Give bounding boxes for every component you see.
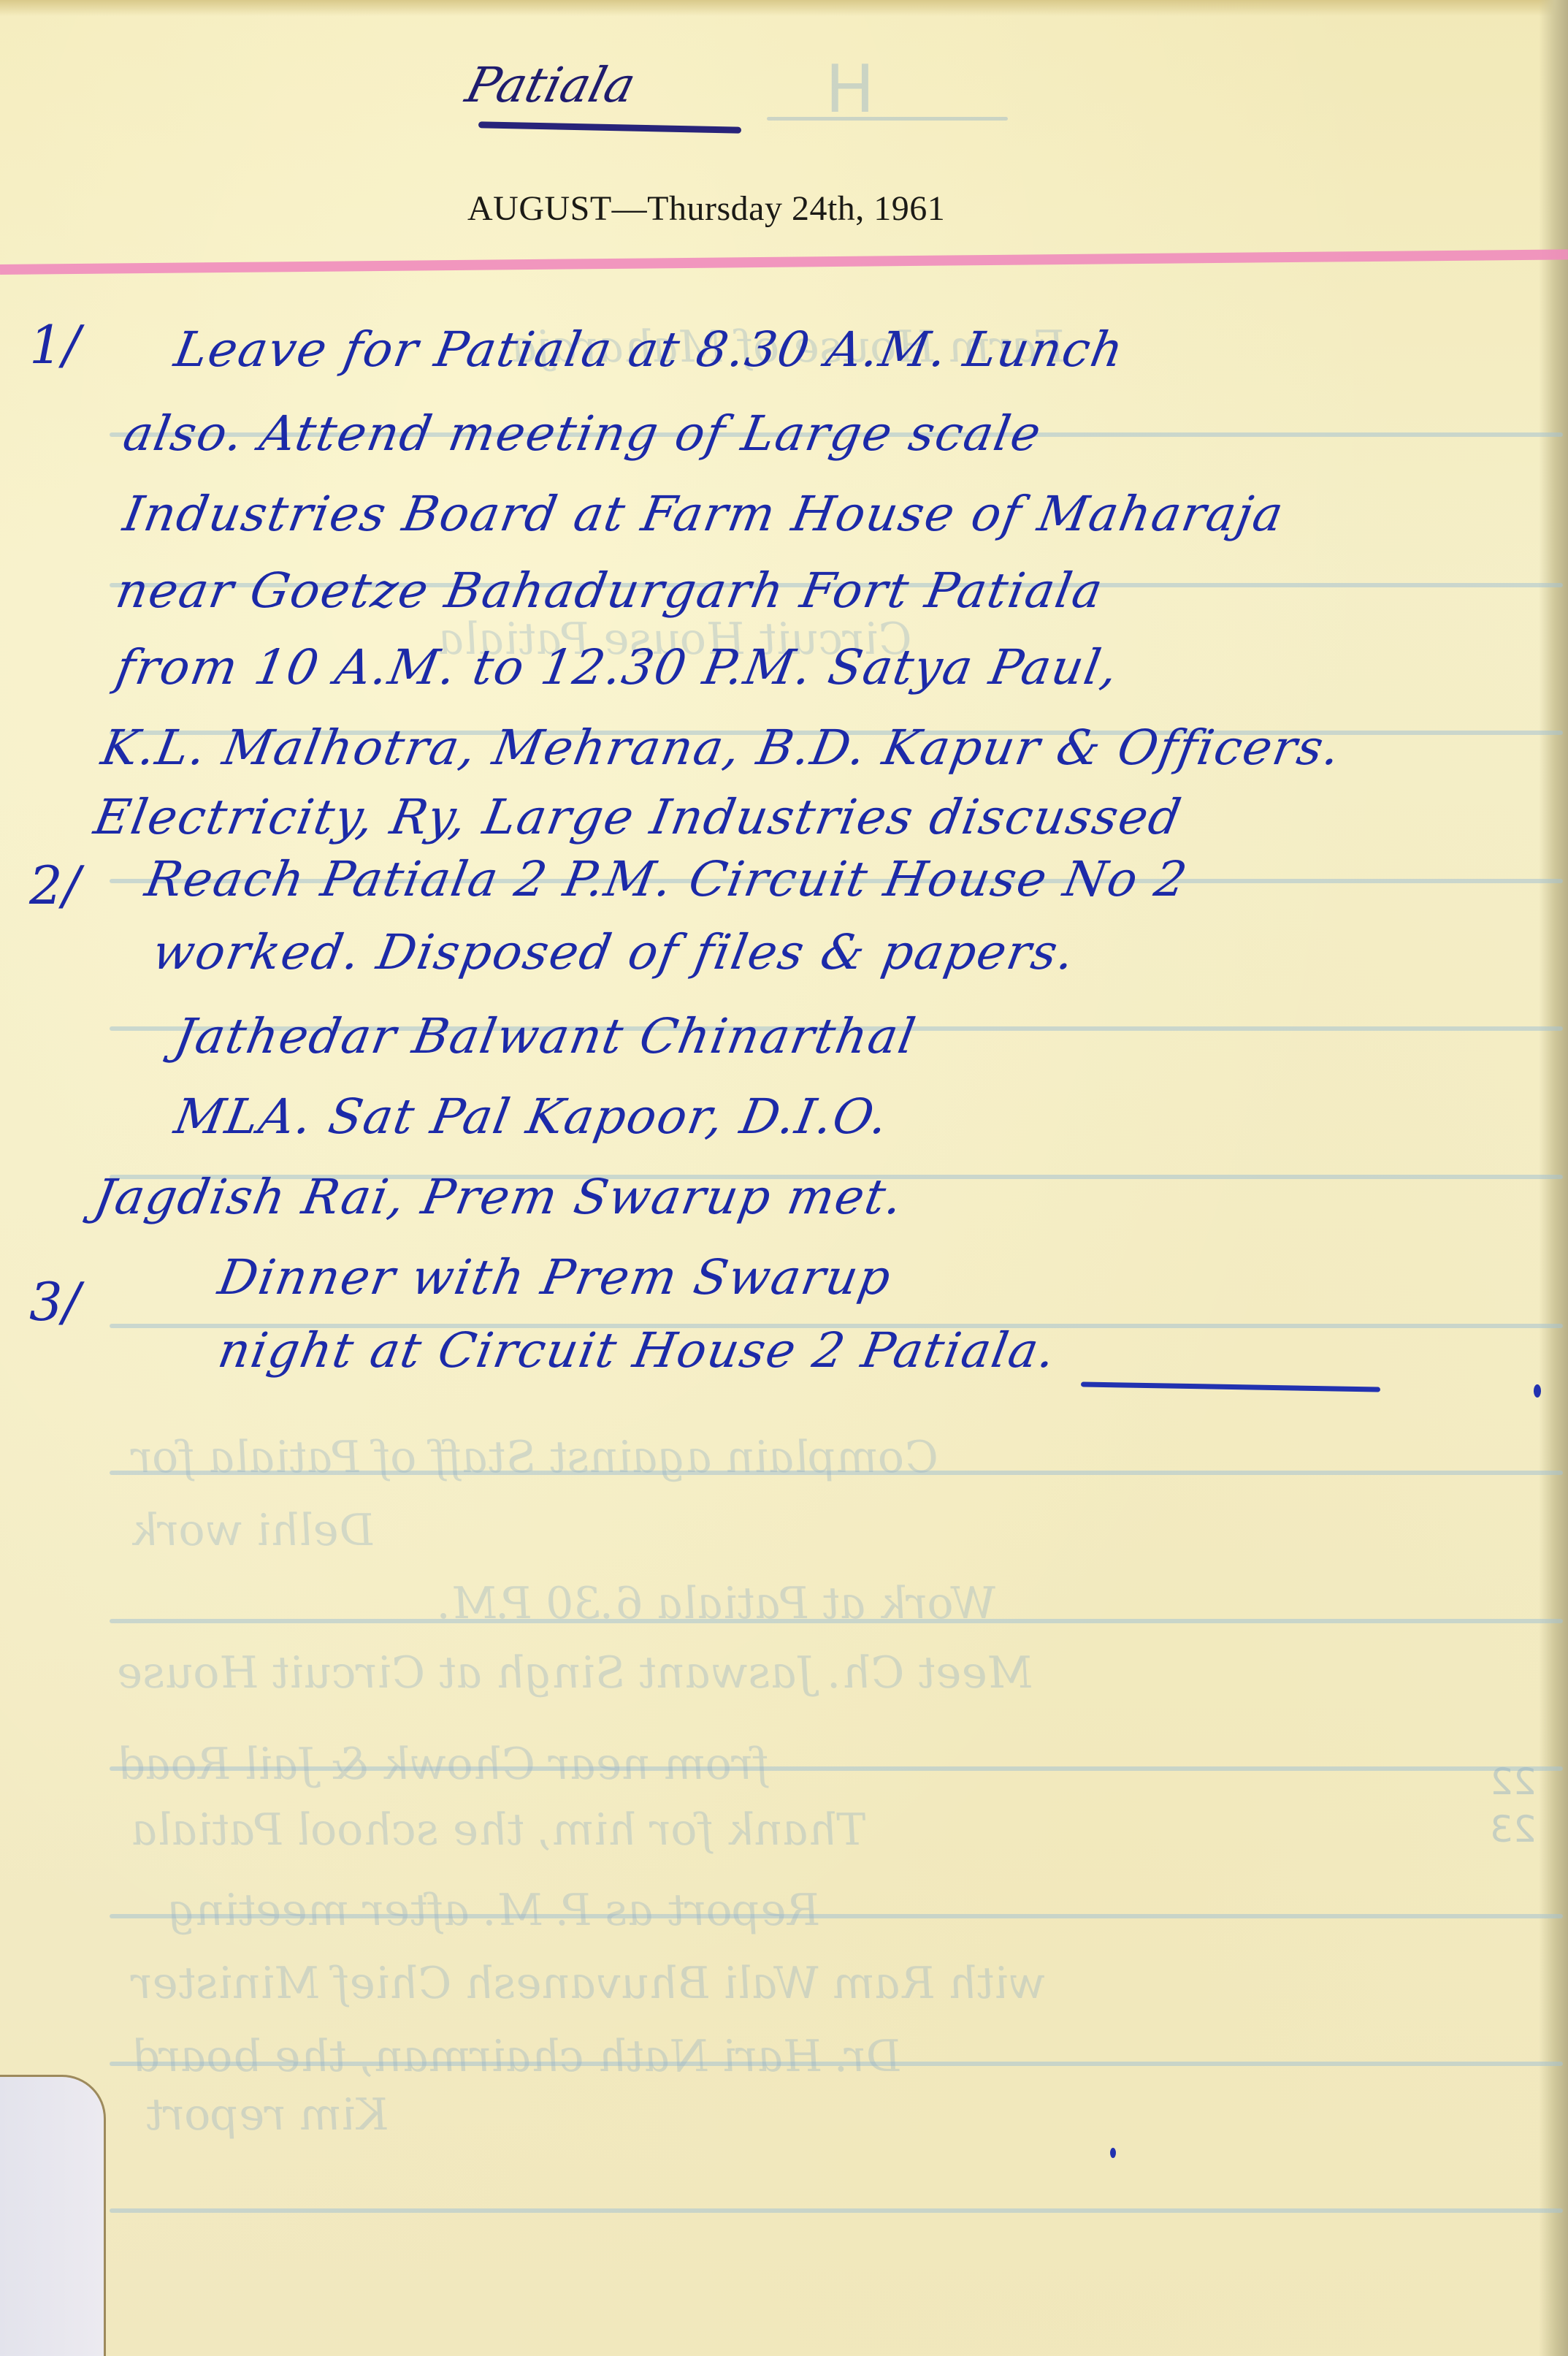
entry-2-line: Reach Patiala 2 P.M. Circuit House No 2 xyxy=(141,851,1192,907)
ink-dot xyxy=(1534,1384,1541,1398)
entry-3-line: Dinner with Prem Swarup xyxy=(214,1249,896,1305)
entry-2-line: worked. Disposed of files & papers. xyxy=(148,924,1079,980)
entry-2-line: Jagdish Rai, Prem Swarup met. xyxy=(90,1169,908,1225)
entry-1-line: Leave for Patiala at 8.30 A.M. Lunch xyxy=(170,321,1128,378)
entry-1-line: Industries Board at Farm House of Mahara… xyxy=(119,486,1288,542)
diary-entries: 1/ Leave for Patiala at 8.30 A.M. Lunch … xyxy=(0,0,1568,2356)
entry-1-line: from 10 A.M. to 12.30 P.M. Satya Paul, xyxy=(112,639,1123,695)
entry-1-line: Electricity, Ry, Large Industries discus… xyxy=(90,789,1186,845)
entry-1-line: near Goetze Bahadurgarh Fort Patiala xyxy=(112,563,1108,619)
entry-number: 2/ xyxy=(29,855,80,916)
entry-2-line: MLA. Sat Pal Kapoor, D.I.O. xyxy=(170,1089,893,1145)
entry-1-line: K.L. Malhotra, Mehrana, B.D. Kapur & Off… xyxy=(97,720,1345,776)
entry-number: 3/ xyxy=(29,1271,80,1333)
ink-dot xyxy=(1110,2148,1116,2158)
white-paper-tab xyxy=(0,2075,106,2356)
diary-page: Patiala H AUGUST—Thursday 24th, 1961 22 … xyxy=(0,0,1568,2356)
entry-1-line: also. Attend meeting of Large scale xyxy=(119,405,1046,462)
entry-number: 1/ xyxy=(29,314,80,375)
entry-3-underline xyxy=(1081,1381,1380,1392)
entry-2-line: Jathedar Balwant Chinarthal xyxy=(170,1008,920,1064)
entry-3-line: night at Circuit House 2 Patiala. xyxy=(214,1322,1060,1379)
